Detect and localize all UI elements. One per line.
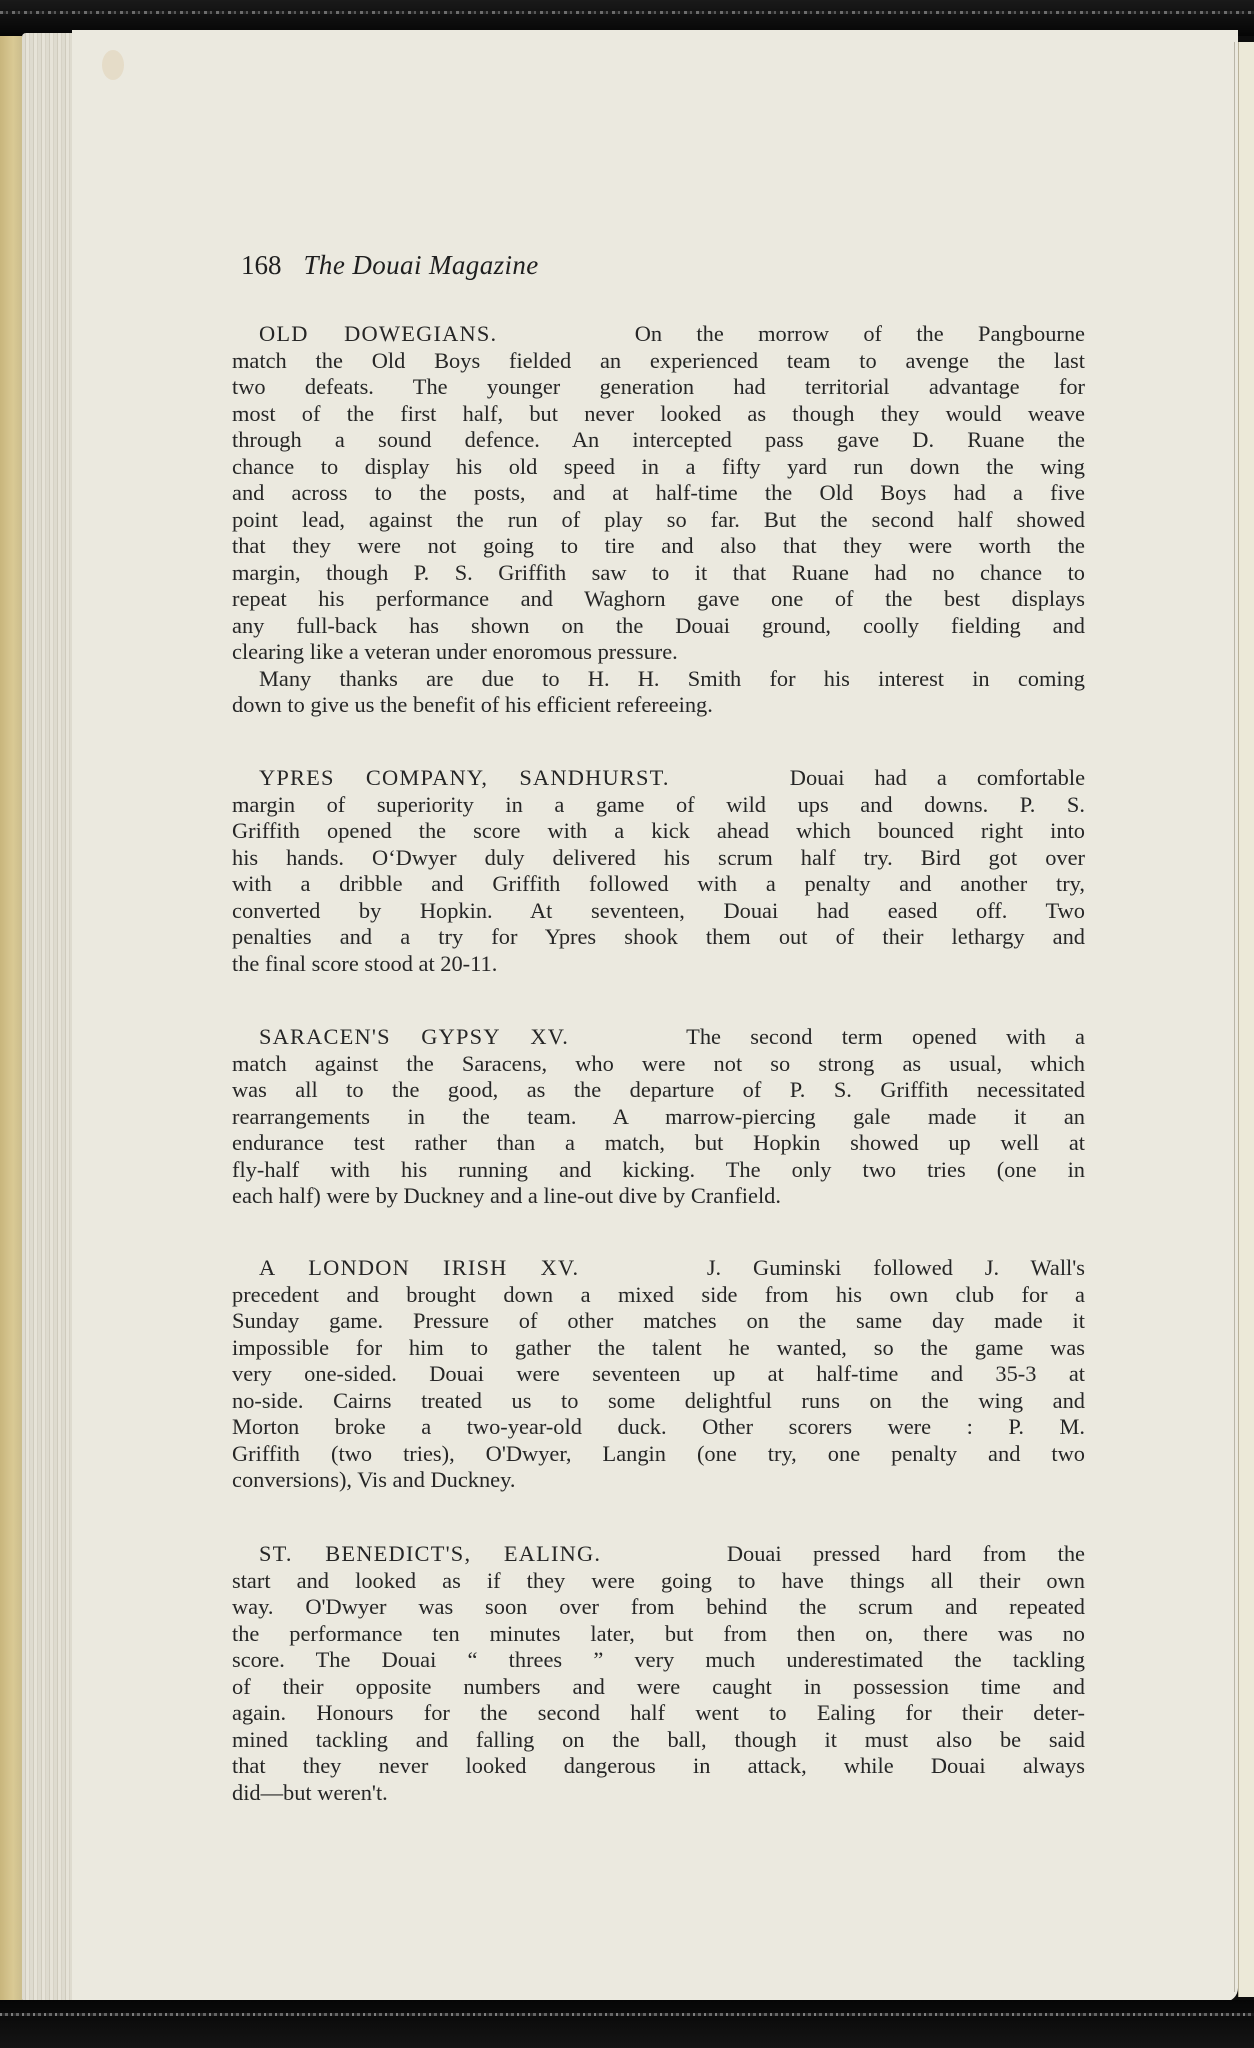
text-line: again. Honours for the second half went … (232, 1700, 1085, 1727)
text-line: repeat his performance and Waghorn gave … (232, 586, 1085, 613)
page-number: 168 (241, 250, 282, 281)
text-line: the performance ten minutes later, but f… (232, 1621, 1085, 1648)
binding-stitching (0, 11, 1254, 14)
text-line: of their opposite numbers and were caugh… (232, 1674, 1085, 1701)
page-stack-edge (22, 33, 74, 2003)
text-line: score. The Douai “ threes ” very much un… (232, 1647, 1085, 1674)
text-line: his hands. O‘Dwyer duly delivered his sc… (232, 845, 1085, 872)
text-line: Griffith (two tries), O'Dwyer, Langin (o… (232, 1441, 1085, 1468)
section-london-irish: A LONDON IRISH XV. J. Guminski followed … (232, 1255, 1085, 1494)
text-line: penalties and a try for Ypres shook them… (232, 924, 1085, 951)
section-first-line: OLD DOWEGIANS. On the morrow of the Pang… (232, 321, 1085, 348)
text-line: conversions), Vis and Duckney. (232, 1467, 1085, 1494)
book-binding-bottom (0, 2000, 1254, 2048)
text-line: match against the Saracens, who were not… (232, 1051, 1085, 1078)
section-first-line: SARACEN'S GYPSY XV. The second term open… (232, 1024, 1085, 1051)
section-heading: SARACEN'S GYPSY XV. (259, 1024, 569, 1049)
text-line: was all to the good, as the departure of… (232, 1077, 1085, 1104)
section-first-line: A LONDON IRISH XV. J. Guminski followed … (232, 1255, 1085, 1282)
text-line: rearrangements in the team. A marrow-pie… (232, 1104, 1085, 1131)
section-ypres-company: YPRES COMPANY, SANDHURST. Douai had a co… (232, 765, 1085, 977)
section-heading: A LONDON IRISH XV. (259, 1255, 579, 1280)
text-line: precedent and brought down a mixed side … (232, 1282, 1085, 1309)
text-line: clearing like a veteran under enoromous … (232, 639, 1085, 666)
book-edge (0, 36, 22, 2000)
text-line: and across to the posts, and at half-tim… (232, 480, 1085, 507)
text-line: the final score stood at 20-11. (232, 951, 1085, 978)
text-line: point lead, against the run of play so f… (232, 507, 1085, 534)
text-line: did—but weren't. (232, 1780, 1085, 1807)
text-line: mined tackling and falling on the ball, … (232, 1727, 1085, 1754)
section-saracens-gypsy: SARACEN'S GYPSY XV. The second term open… (232, 1024, 1085, 1210)
running-head: 168 The Douai Magazine (241, 250, 539, 284)
text-line: that they never looked dangerous in atta… (232, 1753, 1085, 1780)
text-line: most of the first half, but never looked… (232, 401, 1085, 428)
text-line: fly-half with his running and kicking. T… (232, 1157, 1085, 1184)
text-line: start and looked as if they were going t… (232, 1568, 1085, 1595)
text-line: margin, though P. S. Griffith saw to it … (232, 560, 1085, 587)
text-line: with a dribble and Griffith followed wit… (232, 871, 1085, 898)
text-line: two defeats. The younger generation had … (232, 374, 1085, 401)
text-line: match the Old Boys fielded an experience… (232, 348, 1085, 375)
section-first-line: ST. BENEDICT'S, EALING. Douai pressed ha… (232, 1541, 1085, 1568)
binding-stitching (0, 2013, 1254, 2016)
section-heading: ST. BENEDICT'S, EALING. (259, 1541, 601, 1566)
text-line: any full-back has shown on the Douai gro… (232, 613, 1085, 640)
section-old-dowegians: OLD DOWEGIANS. On the morrow of the Pang… (232, 321, 1085, 719)
paper-stain (102, 50, 124, 80)
text-line: each half) were by Duckney and a line-ou… (232, 1183, 1085, 1210)
text-line: that they were not going to tire and als… (232, 533, 1085, 560)
text-line: through a sound defence. An intercepted … (232, 427, 1085, 454)
text-line: down to give us the benefit of his effic… (232, 692, 1085, 719)
text-line: very one-sided. Douai were seventeen up … (232, 1361, 1085, 1388)
text-line: Sunday game. Pressure of other matches o… (232, 1308, 1085, 1335)
text-line: impossible for him to gather the talent … (232, 1335, 1085, 1362)
text-line: margin of superiority in a game of wild … (232, 792, 1085, 819)
facing-page-edge (1238, 42, 1254, 1997)
text-line: chance to display his old speed in a fif… (232, 454, 1085, 481)
magazine-title: The Douai Magazine (304, 250, 539, 281)
text-line: way. O'Dwyer was soon over from behind t… (232, 1594, 1085, 1621)
section-first-line: YPRES COMPANY, SANDHURST. Douai had a co… (232, 765, 1085, 792)
page-gutter-line (1234, 42, 1235, 1992)
text-line: endurance test rather than a match, but … (232, 1130, 1085, 1157)
section-heading: YPRES COMPANY, SANDHURST. (259, 765, 670, 790)
text-line: Many thanks are due to H. H. Smith for h… (232, 666, 1085, 693)
text-line: Griffith opened the score with a kick ah… (232, 818, 1085, 845)
section-st-benedicts: ST. BENEDICT'S, EALING. Douai pressed ha… (232, 1541, 1085, 1806)
text-line: converted by Hopkin. At seventeen, Douai… (232, 898, 1085, 925)
text-line: no-side. Cairns treated us to some delig… (232, 1388, 1085, 1415)
text-line: Morton broke a two-year-old duck. Other … (232, 1414, 1085, 1441)
section-heading: OLD DOWEGIANS. (259, 321, 497, 346)
